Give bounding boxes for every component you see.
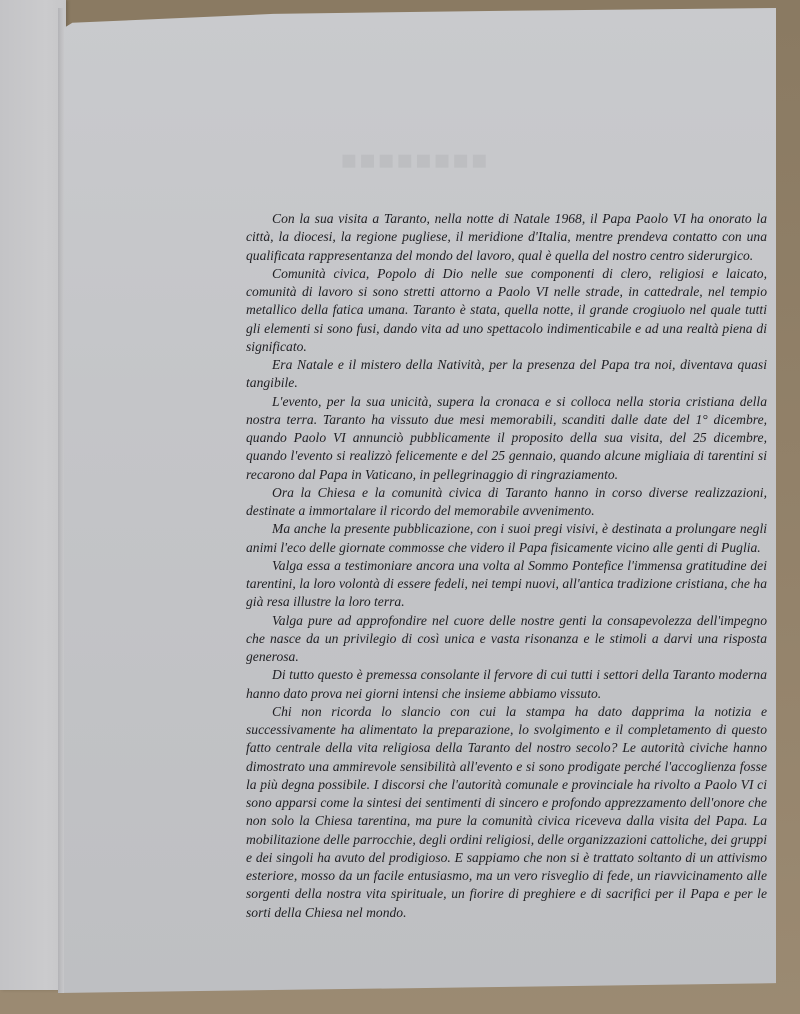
paragraph: Con la sua visita a Taranto, nella notte… [246, 210, 767, 265]
paragraph: Valga pure ad approfondire nel cuore del… [246, 612, 767, 667]
paragraph: Ma anche la presente pubblicazione, con … [246, 520, 767, 557]
paragraph: L'evento, per la sua unicità, supera la … [246, 393, 767, 484]
left-page-edge [0, 0, 66, 990]
body-text: Con la sua visita a Taranto, nella notte… [246, 210, 767, 922]
page-gutter-shadow [58, 8, 64, 993]
paragraph: Ora la Chiesa e la comunità civica di Ta… [246, 484, 767, 521]
paragraph: Era Natale e il mistero della Natività, … [246, 356, 767, 393]
paragraph: Comunità civica, Popolo di Dio nelle sue… [246, 265, 767, 356]
paragraph: Di tutto questo è premessa consolante il… [246, 666, 767, 703]
show-through-heading: ▪▪▪▪▪▪▪▪ [340, 145, 489, 175]
paragraph: Valga essa a testimoniare ancora una vol… [246, 557, 767, 612]
paragraph: Chi non ricorda lo slancio con cui la st… [246, 703, 767, 922]
